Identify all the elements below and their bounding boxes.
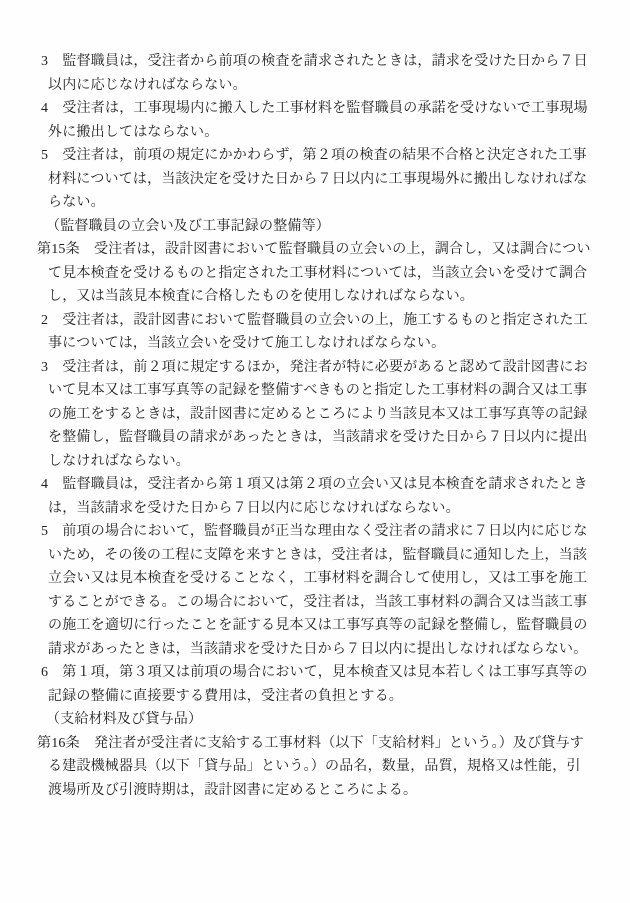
text-line: 以内に応じなければならない。 [48, 74, 590, 98]
text-line: （監督職員の立会い及び工事記録の整備等） [46, 215, 590, 239]
clause-item: 3 受注者は，前２項に規定するほか，発注者が特に必要があると認めて設計図書にお … [37, 356, 590, 474]
text-line: の施工を適切に行ったことを証する見本又は工事写真等の記録を整備し，監督職員の [48, 614, 590, 638]
text-line: 第15条 受注者は，設計図書において監督職員の立会いの上，調合し，又は調合につい [37, 238, 590, 262]
text-line: 請求があったときは，当該請求を受けた日から７日以内に提出しなければならない。 [48, 638, 590, 662]
text-line: 外に搬出してはならない。 [48, 121, 590, 145]
text-line: 立会い又は見本検査を受けることなく，工事材料を調合して使用し，又は工事を施工 [48, 567, 590, 591]
clause-item: 2 受注者は，設計図書において監督職員の立会いの上，施工するものと指定された工 … [37, 309, 590, 356]
text-line: することができる。この場合において，受注者は，当該工事材料の調合又は当該工事 [48, 591, 590, 615]
text-line: しなければならない。 [48, 450, 590, 474]
text-line: 3 監督職員は，受注者から前項の検査を請求されたときは，請求を受けた日から７日 [41, 50, 590, 74]
text-line: 4 受注者は，工事現場内に搬入した工事材料を監督職員の承諾を受けないで工事現場 [41, 97, 590, 121]
text-line: （支給材料及び貸与品） [46, 708, 590, 732]
text-line: 2 受注者は，設計図書において監督職員の立会いの上，施工するものと指定された工 [41, 309, 590, 333]
text-line: 4 監督職員は，受注者から第１項又は第２項の立会い又は見本検査を請求されたとき [41, 473, 590, 497]
text-line: る建設機械器具（以下「貸与品」という。）の品名，数量，品質，規格又は性能，引 [48, 755, 590, 779]
text-line: し，又は当該見本検査に合格したものを使用しなければならない。 [48, 285, 590, 309]
text-line: らない。 [48, 191, 590, 215]
section-heading: （監督職員の立会い及び工事記録の整備等） [37, 215, 590, 239]
text-line: 5 前項の場合において，監督職員が正当な理由なく受注者の請求に７日以内に応じな [41, 520, 590, 544]
text-line: 6 第１項，第３項又は前項の場合において，見本検査又は見本若しくは工事写真等の [41, 661, 590, 685]
clause-item: 4 監督職員は，受注者から第１項又は第２項の立会い又は見本検査を請求されたとき … [37, 473, 590, 520]
text-line: は，当該請求を受けた日から７日以内に応じなければならない。 [48, 497, 590, 521]
section-heading: （支給材料及び貸与品） [37, 708, 590, 732]
clause-item: 5 受注者は，前項の規定にかかわらず，第２項の検査の結果不合格と決定された工事 … [37, 144, 590, 215]
text-line: 記録の整備に直接要する費用は，受注者の負担とする。 [48, 685, 590, 709]
document-page: 3 監督職員は，受注者から前項の検査を請求されたときは，請求を受けた日から７日 … [0, 0, 630, 903]
clause-item: 5 前項の場合において，監督職員が正当な理由なく受注者の請求に７日以内に応じな … [37, 520, 590, 661]
text-line: いて見本又は工事写真等の記録を整備すべきものと指定した工事材料の調合又は工事 [48, 379, 590, 403]
text-line: 材料については，当該決定を受けた日から７日以内に工事現場外に搬出しなければな [48, 168, 590, 192]
text-line: 5 受注者は，前項の規定にかかわらず，第２項の検査の結果不合格と決定された工事 [41, 144, 590, 168]
clause-item: 4 受注者は，工事現場内に搬入した工事材料を監督職員の承諾を受けないで工事現場 … [37, 97, 590, 144]
text-line: の施工をするときは，設計図書に定めるところにより当該見本又は工事写真等の記録 [48, 403, 590, 427]
text-line: 第16条 発注者が受注者に支給する工事材料（以下「支給材料」という。）及び貸与す [37, 732, 590, 756]
text-line: いため，その後の工程に支障を来すときは，受注者は，監督職員に通知した上，当該 [48, 544, 590, 568]
text-line: を整備し，監督職員の請求があったときは，当該請求を受けた日から７日以内に提出 [48, 426, 590, 450]
clause-item: 6 第１項，第３項又は前項の場合において，見本検査又は見本若しくは工事写真等の … [37, 661, 590, 708]
article-clause: 第15条 受注者は，設計図書において監督職員の立会いの上，調合し，又は調合につい… [37, 238, 590, 309]
text-line: 渡場所及び引渡時期は，設計図書に定めるところによる。 [48, 779, 590, 803]
clause-item: 3 監督職員は，受注者から前項の検査を請求されたときは，請求を受けた日から７日 … [37, 50, 590, 97]
text-line: 事については，当該立会いを受けて施工しなければならない。 [48, 332, 590, 356]
text-line: て見本検査を受けるものと指定された工事材料については，当該立会いを受けて調合 [48, 262, 590, 286]
text-line: 3 受注者は，前２項に規定するほか，発注者が特に必要があると認めて設計図書にお [41, 356, 590, 380]
article-clause: 第16条 発注者が受注者に支給する工事材料（以下「支給材料」という。）及び貸与す… [37, 732, 590, 803]
